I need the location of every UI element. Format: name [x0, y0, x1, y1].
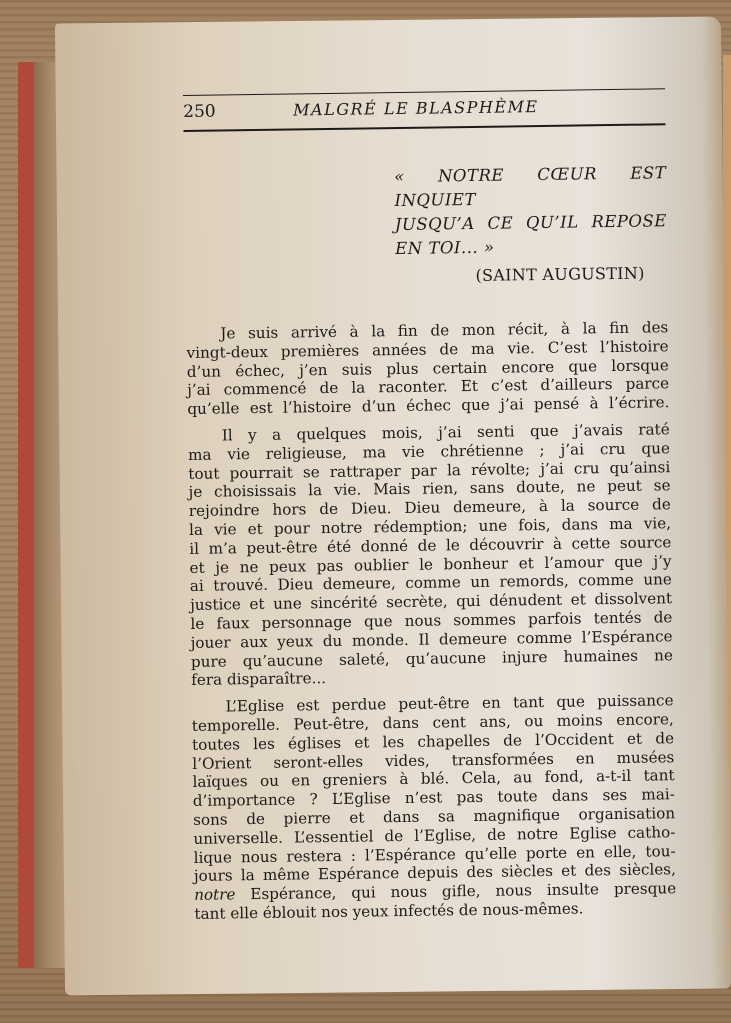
paragraph-2: Il y a quelques mois, j’ai senti que j’a…	[188, 420, 674, 690]
epigraph-attribution: (SAINT AUGUSTIN)	[475, 263, 667, 285]
paragraph-1: Je suis arrivé à la fin de mon récit, à …	[186, 318, 669, 419]
paragraph-3: L’Eglise est perdue peut-être en tant qu…	[191, 691, 676, 923]
body-text: Je suis arrivé à la fin de mon récit, à …	[186, 318, 676, 923]
epigraph-quote: « NOTRE CŒUR EST INQUIET JUSQU’A CE QU’I…	[394, 161, 667, 261]
page-content: 250 MALGRÉ LE BLASPHÈME « NOTRE CŒUR EST…	[183, 88, 677, 931]
epigraph-line: JUSQU’A CE QU’IL REPOSE	[395, 209, 667, 237]
running-title: MALGRÉ LE BLASPHÈME	[293, 97, 539, 119]
epigraph-line: « NOTRE CŒUR EST INQUIET	[394, 161, 667, 213]
emphasized-word: notre	[194, 885, 236, 904]
epigraph-line: EN TOI... »	[395, 233, 667, 261]
page-number: 250	[183, 100, 293, 122]
